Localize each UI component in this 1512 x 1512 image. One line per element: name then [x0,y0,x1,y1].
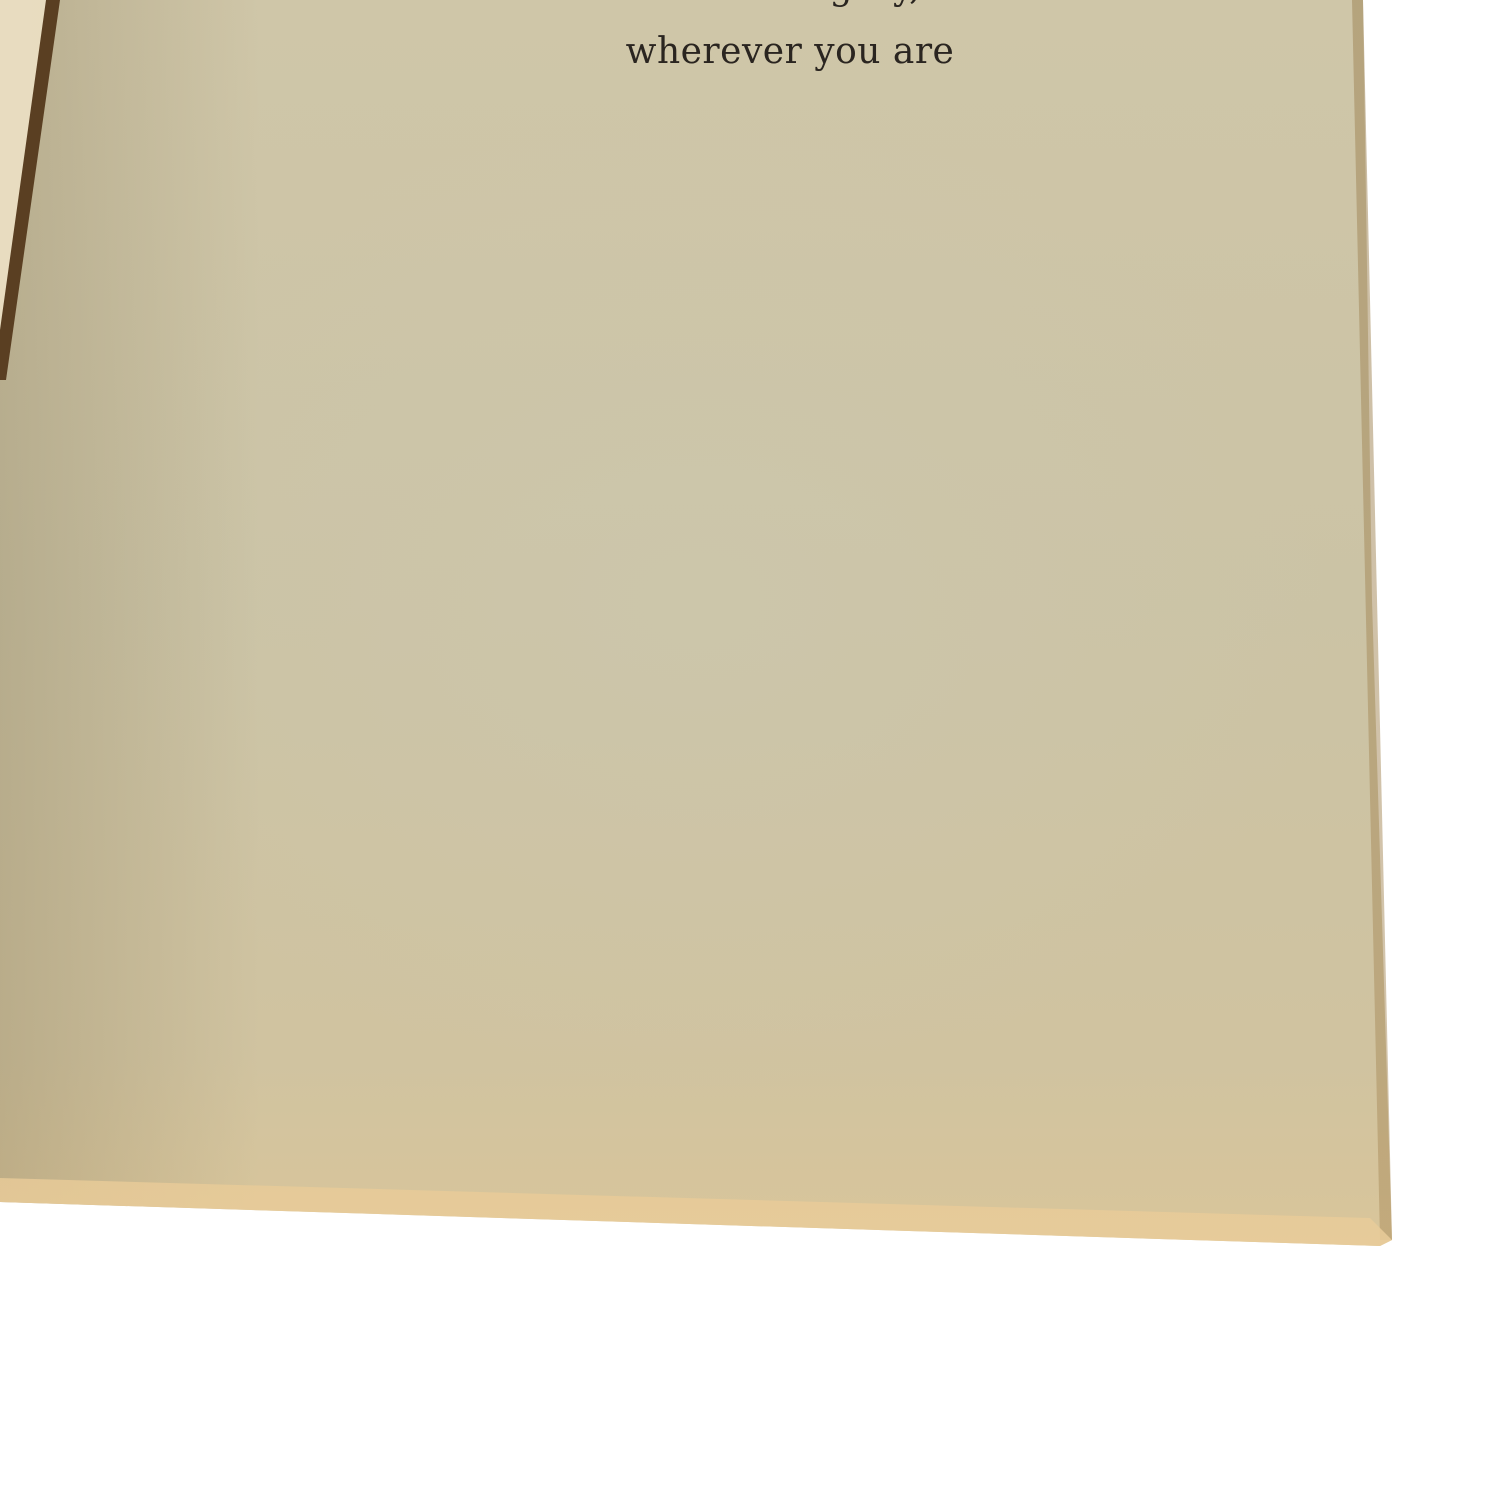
dedication-text: Ruth Gregory, wherever you are [580,0,1000,84]
page-shading [0,0,1512,1512]
dedication-line-1: Ruth Gregory, [580,0,1000,20]
dedication-line-2: wherever you are [580,20,1000,84]
